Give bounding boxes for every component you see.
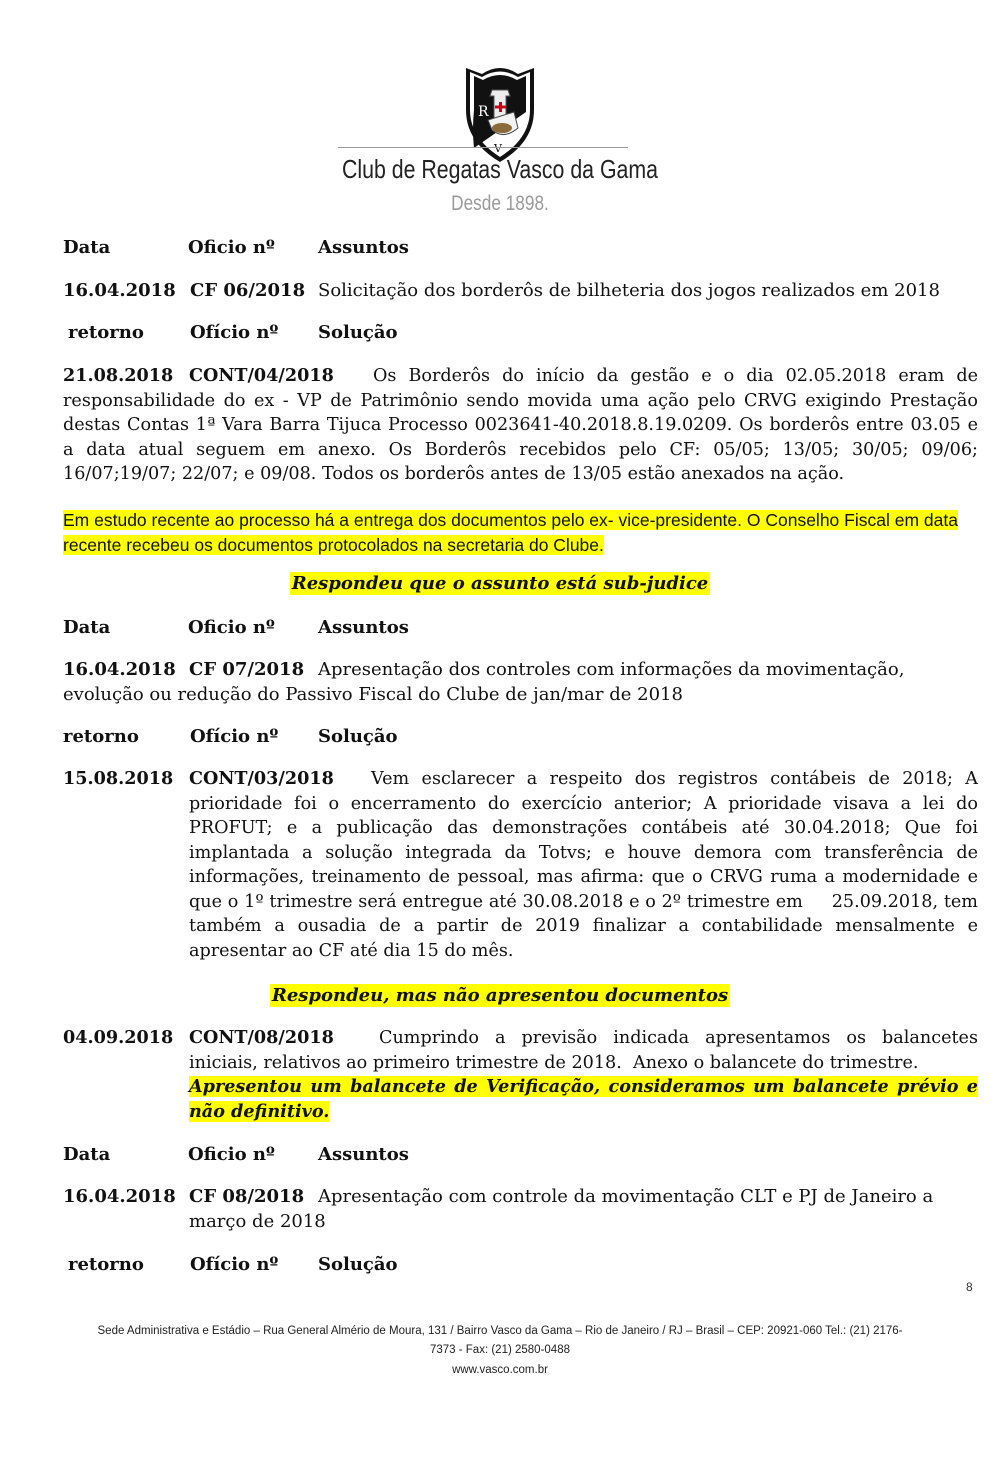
club-name: Club de Regatas Vasco da Gama	[90, 154, 910, 185]
request-subject: Solicitação dos borderôs de bilheteria d…	[318, 279, 940, 304]
label-data: Data	[63, 1143, 110, 1168]
highlight-note: Em estudo recente ao processo há a entre…	[63, 510, 958, 555]
return-date: 15.08.2018	[63, 767, 173, 792]
followup-text-first: Cumprindo a previsão indicada apresentam…	[379, 1026, 978, 1051]
footer-website: www.vasco.com.br	[0, 1360, 1000, 1381]
label-data: Data	[63, 236, 110, 261]
section-1-conclusion: Respondeu que o assunto está sub-judice	[0, 573, 1000, 594]
label-solucao: Solução	[318, 1253, 398, 1278]
request-date: 16.04.2018	[63, 658, 189, 683]
followup-oficio: CONT/08/2018	[189, 1026, 379, 1051]
vasco-crest-icon: R V	[444, 60, 556, 164]
followup-text: iniciais, relativos ao primeiro trimestr…	[189, 1051, 978, 1076]
label-oficio: Oficio nº	[188, 236, 275, 261]
section-2-request: 16.04.2018CF 07/2018Apresentação dos con…	[63, 658, 978, 707]
request-oficio: CF 06/2018	[190, 279, 305, 304]
label-assuntos: Assuntos	[318, 236, 409, 261]
label-solucao: Solução	[318, 725, 398, 750]
section-2-conclusion: Respondeu, mas não apresentou documentos	[0, 985, 1000, 1006]
followup-date: 04.09.2018	[63, 1026, 173, 1051]
footer-address: Sede Administrativa e Estádio – Rua Gene…	[0, 1321, 1000, 1342]
return-text-first: Vem esclarecer a respeito dos registros …	[371, 767, 978, 792]
return-text: prioridade foi o encerramento do exercíc…	[189, 792, 978, 964]
label-solucao: Solução	[318, 321, 398, 346]
label-oficio: Ofício nº	[190, 725, 278, 750]
request-oficio: CF 07/2018	[189, 658, 318, 683]
label-assuntos: Assuntos	[318, 1143, 409, 1168]
return-text: responsabilidade do ex - VP de Patrimôni…	[63, 389, 978, 487]
section-1-highlight-note: Em estudo recente ao processo há a entre…	[63, 508, 978, 558]
request-date: 16.04.2018	[63, 279, 176, 304]
request-date: 16.04.2018	[63, 1185, 176, 1210]
label-oficio: Oficio nº	[188, 1143, 275, 1168]
header-divider	[338, 147, 628, 148]
label-retorno: retorno	[68, 321, 144, 346]
svg-text:R: R	[478, 104, 489, 120]
label-oficio: Oficio nº	[188, 616, 275, 641]
label-oficio: Ofício nº	[190, 1253, 278, 1278]
page-number: 8	[966, 1280, 973, 1294]
label-retorno: retorno	[68, 1253, 144, 1278]
return-date: 21.08.2018	[63, 364, 189, 389]
section-1-return: 21.08.2018 CONT/04/2018 Os Borderôs do i…	[63, 364, 978, 487]
label-retorno: retorno	[63, 725, 139, 750]
return-text-first: Os Borderôs do início da gestão e o dia …	[373, 364, 978, 389]
label-data: Data	[63, 616, 110, 641]
label-oficio: Ofício nº	[190, 321, 278, 346]
label-assuntos: Assuntos	[318, 616, 409, 641]
footer-phone: 7373 - Fax: (21) 2580-0488	[0, 1340, 1000, 1361]
club-since: Desde 1898.	[90, 192, 910, 216]
return-oficio: CONT/04/2018	[189, 364, 379, 389]
request-oficio: CF 08/2018	[189, 1185, 318, 1210]
return-oficio: CONT/03/2018	[189, 767, 371, 792]
followup-highlight-note: Apresentou um balancete de Verificação, …	[189, 1076, 978, 1122]
